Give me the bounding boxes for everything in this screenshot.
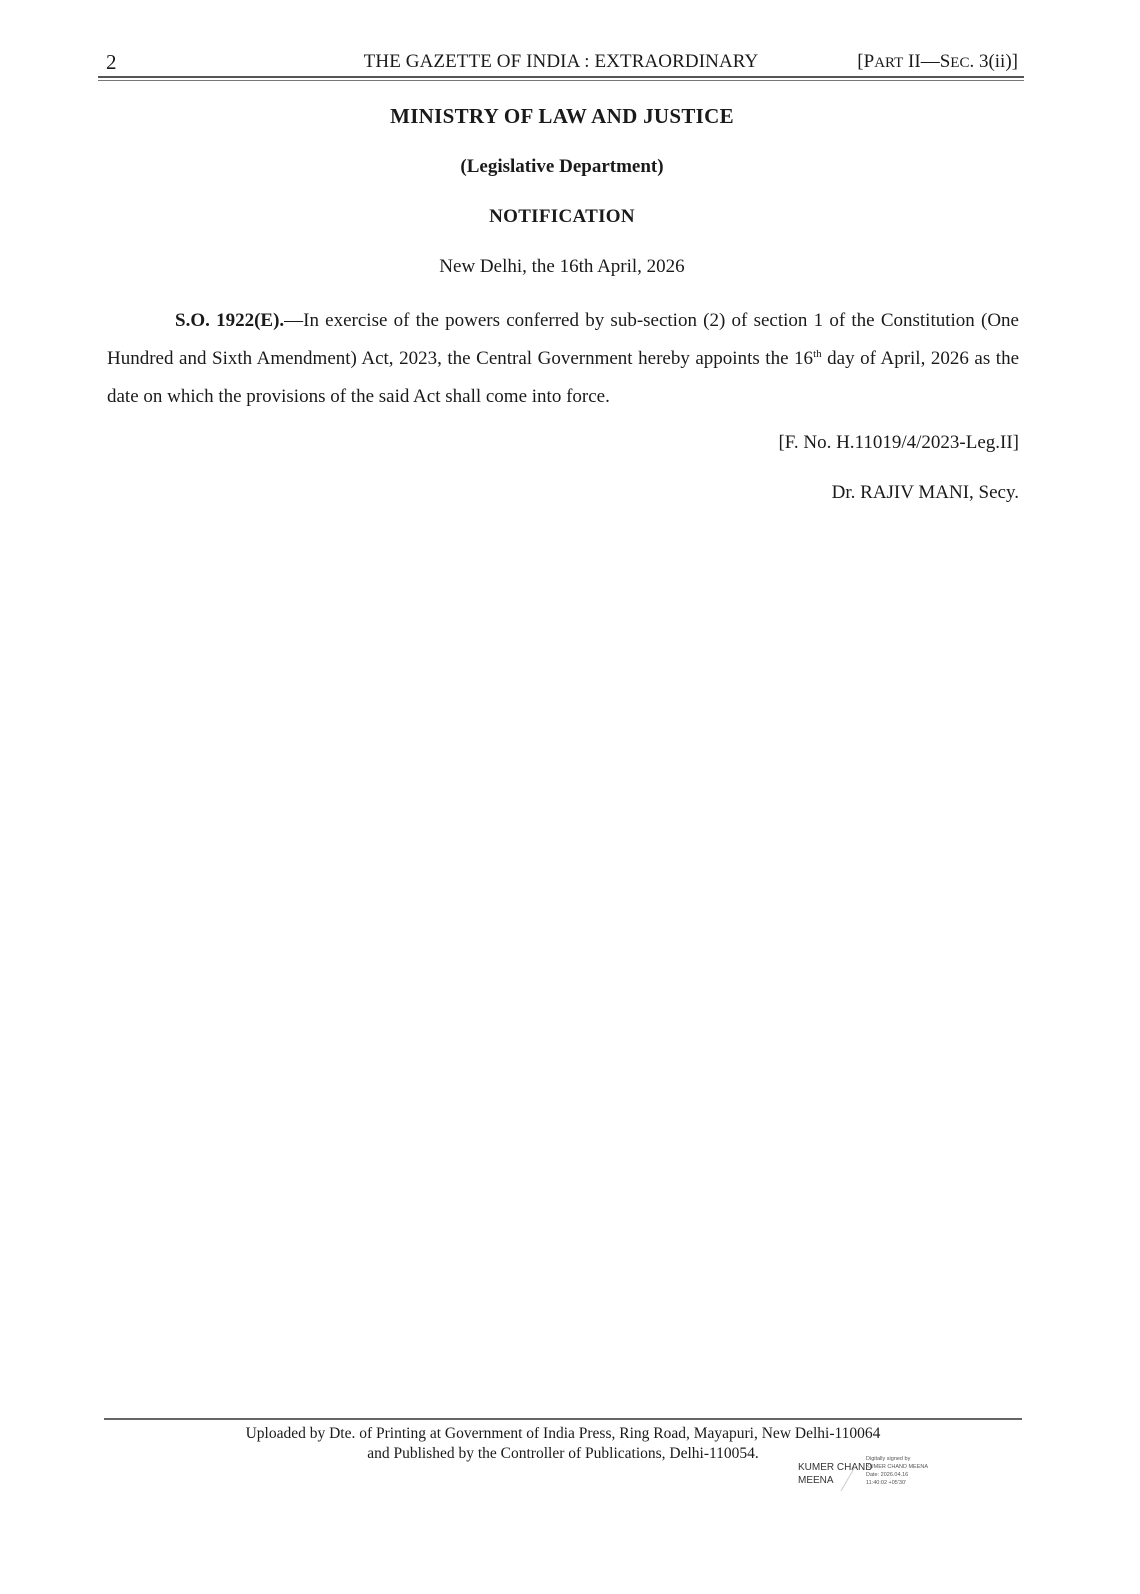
- part-section-label: [PART II—SEC. 3(ii)]: [857, 48, 1018, 77]
- running-header: 2 THE GAZETTE OF INDIA : EXTRAORDINARY […: [98, 48, 1024, 76]
- signature-meta-line-2: KUMER CHAND MEENA: [866, 1463, 928, 1471]
- file-number: [F. No. H.11019/4/2023-Leg.II]: [778, 432, 1019, 454]
- signer-name-line-2: MEENA: [798, 1474, 872, 1487]
- part-section-part-rest: II—S: [903, 51, 950, 72]
- digital-signature-stamp[interactable]: KUMER CHAND MEENA Digitally signed by KU…: [798, 1455, 948, 1495]
- signatory: Dr. RAJIV MANI, Secy.: [832, 482, 1019, 504]
- place-date: New Delhi, the 16th April, 2026: [0, 256, 1124, 278]
- signer-name-line-1: KUMER CHAND: [798, 1461, 872, 1474]
- ordinal-suffix: th: [813, 348, 822, 360]
- footer-line-1: Uploaded by Dte. of Printing at Governme…: [104, 1424, 1022, 1444]
- footer-divider: [104, 1418, 1022, 1420]
- part-section-sec-rest: . 3(ii)]: [969, 51, 1018, 72]
- part-section-part-smallcaps: ART: [874, 55, 903, 71]
- signature-meta-line-1: Digitally signed by: [866, 1455, 928, 1463]
- notification-heading: NOTIFICATION: [0, 206, 1124, 228]
- signature-metadata: Digitally signed by KUMER CHAND MEENA Da…: [866, 1455, 928, 1487]
- order-number: S.O. 1922(E).: [175, 310, 284, 331]
- department-heading: (Legislative Department): [0, 156, 1124, 178]
- signature-meta-time: 11:40:02 +05'30': [866, 1479, 928, 1487]
- part-section-sec-smallcaps: EC: [950, 55, 969, 71]
- notification-body: S.O. 1922(E).—In exercise of the powers …: [107, 302, 1019, 416]
- signature-meta-date: Date: 2026.04.16: [866, 1471, 928, 1479]
- header-divider: [98, 76, 1024, 81]
- part-section-open: [P: [857, 51, 874, 72]
- signer-name: KUMER CHAND MEENA: [798, 1461, 872, 1487]
- ministry-heading: MINISTRY OF LAW AND JUSTICE: [0, 104, 1124, 129]
